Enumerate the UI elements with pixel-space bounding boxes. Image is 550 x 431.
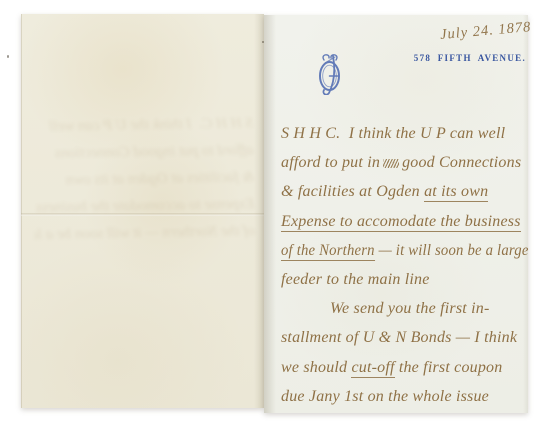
letter-text-segment: feeder to the main line — [281, 271, 430, 288]
letter-text-segment: we should — [281, 359, 351, 376]
letter-text-segment: due Jany 1st on the whole issue — [281, 388, 489, 405]
letter-text-segment: afford to put in — [281, 154, 380, 171]
showthrough-line: of the Northern — it will soon be a larg… — [34, 218, 255, 249]
letter-line: Expense to accomodate the business — [281, 207, 527, 236]
letter-line: feeder to the main line — [281, 265, 527, 294]
letterhead-address: 578 FIFTH AVENUE. — [414, 53, 526, 63]
letter-text-segment: of the Northern — [281, 242, 375, 261]
blank-verso-page: S H H C. I think the U P can wellafford … — [21, 14, 264, 408]
letter-line: stallment of U & N Bonds — I think — [281, 323, 527, 352]
showthrough-line: & facilities at Ogden at its own — [33, 164, 254, 195]
showthrough-line: Expense to accomodate the business — [33, 191, 254, 222]
letter-line: S H H C. I think the U P can well — [281, 119, 527, 148]
ink-showthrough: S H H C. I think the U P can wellafford … — [32, 110, 255, 249]
crossed-out-word — [383, 159, 399, 168]
letter-text-segment: at its own — [424, 183, 488, 202]
letter-text-segment: stallment of U & N Bonds — I think — [281, 329, 517, 346]
letter-line: afford to put ingood Connections — [281, 148, 527, 177]
letter-text-segment: the first coupon — [395, 359, 503, 376]
letter-line: due Jany 1st on the whole issue — [281, 382, 527, 411]
letter-line: & facilities at Ogden at its own — [281, 177, 527, 206]
paper-speck — [7, 55, 9, 58]
photo-background: S H H C. I think the U P can wellafford … — [0, 0, 550, 431]
letter-text-segment: cut-off — [351, 359, 394, 378]
letter-recto-page: July 24. 1878 578 FIFTH AVENUE. S H H C.… — [264, 15, 528, 413]
handwritten-date: July 24. 1878 — [440, 19, 533, 44]
letter-text-segment: We send you the first in- — [330, 300, 490, 317]
letter-text-segment: & facilities at Ogden — [281, 183, 424, 200]
letter-text-segment: S H H C. I think the U P can well — [281, 125, 505, 142]
letter-line: we should cut-off the first coupon — [281, 353, 527, 382]
paper-speck — [262, 41, 264, 43]
letter-body: S H H C. I think the U P can wellafford … — [281, 119, 527, 411]
letter-text-segment: — it will soon be a large — [375, 242, 529, 259]
showthrough-line: S H H C. I think the U P can well — [32, 110, 253, 141]
letter-text-segment: good Connections — [402, 154, 521, 171]
showthrough-line: afford to put ingood Connections — [32, 137, 253, 168]
jg-monogram-icon — [316, 53, 344, 95]
letter-line: We send you the first in- — [281, 294, 527, 323]
letter-text-segment: Expense to accomodate the business — [281, 213, 521, 232]
letter-line: of the Northern — it will soon be a larg… — [281, 236, 508, 265]
